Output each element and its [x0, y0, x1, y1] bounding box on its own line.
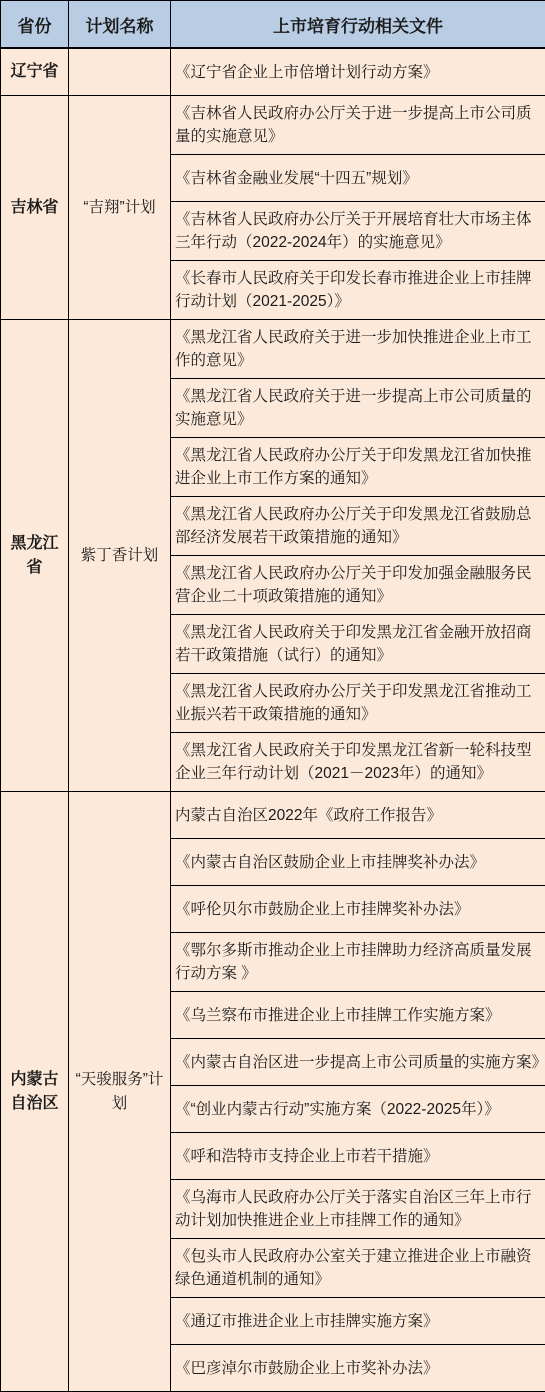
document-cell: 《黑龙江省人民政府办公厅关于印发黑龙江省鼓励总部经济发展若干政策措施的通知》	[171, 497, 545, 556]
policy-table-wrapper: 省份 计划名称 上市培育行动相关文件 辽宁省《辽宁省企业上市倍增计划行动方案》吉…	[0, 0, 545, 1392]
table-row: 吉林省“吉翔”计划《吉林省人民政府办公厅关于进一步提高上市公司质量的实施意见》	[1, 96, 545, 155]
document-cell: 《黑龙江省人民政府办公厅关于印发黑龙江省推动工业振兴若干政策措施的通知》	[171, 674, 545, 733]
document-cell: 《“创业内蒙古行动”实施方案（2022-2025年）》	[171, 1086, 545, 1133]
table-row: 黑龙江省紫丁香计划《黑龙江省人民政府关于进一步加快推进企业上市工作的意见》	[1, 320, 545, 379]
document-cell: 《吉林省金融业发展“十四五”规划》	[171, 155, 545, 202]
document-cell: 《包头市人民政府办公室关于建立推进企业上市融资绿色通道机制的通知》	[171, 1239, 545, 1298]
header-province: 省份	[1, 1, 69, 49]
header-documents: 上市培育行动相关文件	[171, 1, 545, 49]
document-cell: 《黑龙江省人民政府办公厅关于印发黑龙江省加快推进企业上市工作方案的通知》	[171, 438, 545, 497]
table-body: 辽宁省《辽宁省企业上市倍增计划行动方案》吉林省“吉翔”计划《吉林省人民政府办公厅…	[1, 48, 545, 1392]
document-cell: 《黑龙江省人民政府关于进一步加快推进企业上市工作的意见》	[171, 320, 545, 379]
document-cell: 《黑龙江省人民政府关于印发黑龙江省金融开放招商若干政策措施（试行）的通知》	[171, 615, 545, 674]
document-cell: 《黑龙江省人民政府关于印发黑龙江省新一轮科技型企业三年行动计划（2021－202…	[171, 733, 545, 792]
document-cell: 《鄂尔多斯市推动企业上市挂牌助力经济高质量发展行动方案 》	[171, 933, 545, 992]
document-cell: 《长春市人民政府关于印发长春市推进企业上市挂牌行动计划（2021-2025）》	[171, 261, 545, 320]
listing-cultivation-table: 省份 计划名称 上市培育行动相关文件 辽宁省《辽宁省企业上市倍增计划行动方案》吉…	[0, 0, 545, 1392]
document-cell: 《通辽市推进企业上市挂牌实施方案》	[171, 1298, 545, 1345]
document-cell: 《吉林省人民政府办公厅关于开展培育壮大市场主体三年行动（2022-2024年）的…	[171, 202, 545, 261]
plan-name-cell: “天骏服务”计划	[69, 792, 171, 1392]
document-cell: 内蒙古自治区2022年《政府工作报告》	[171, 792, 545, 839]
plan-name-cell: 紫丁香计划	[69, 320, 171, 792]
document-cell: 《辽宁省企业上市倍增计划行动方案》	[171, 48, 545, 96]
province-cell: 吉林省	[1, 96, 69, 320]
document-cell: 《黑龙江省人民政府办公厅关于印发加强金融服务民营企业二十项政策措施的通知》	[171, 556, 545, 615]
document-cell: 《乌兰察布市推进企业上市挂牌工作实施方案》	[171, 992, 545, 1039]
document-cell: 《黑龙江省人民政府关于进一步提高上市公司质量的实施意见》	[171, 379, 545, 438]
plan-name-cell: “吉翔”计划	[69, 96, 171, 320]
plan-name-cell	[69, 48, 171, 96]
document-cell: 《巴彦淖尔市鼓励企业上市奖补办法》	[171, 1345, 545, 1392]
table-row: 辽宁省《辽宁省企业上市倍增计划行动方案》	[1, 48, 545, 96]
province-cell: 黑龙江省	[1, 320, 69, 792]
province-cell: 辽宁省	[1, 48, 69, 96]
table-header: 省份 计划名称 上市培育行动相关文件	[1, 1, 545, 49]
document-cell: 《呼和浩特市支持企业上市若干措施》	[171, 1133, 545, 1180]
document-cell: 《内蒙古自治区鼓励企业上市挂牌奖补办法》	[171, 839, 545, 886]
table-row: 内蒙古自治区“天骏服务”计划内蒙古自治区2022年《政府工作报告》	[1, 792, 545, 839]
province-cell: 内蒙古自治区	[1, 792, 69, 1392]
header-plan-name: 计划名称	[69, 1, 171, 49]
document-cell: 《内蒙古自治区进一步提高上市公司质量的实施方案》	[171, 1039, 545, 1086]
document-cell: 《吉林省人民政府办公厅关于进一步提高上市公司质量的实施意见》	[171, 96, 545, 155]
document-cell: 《呼伦贝尔市鼓励企业上市挂牌奖补办法》	[171, 886, 545, 933]
document-cell: 《乌海市人民政府办公厅关于落实自治区三年上市行动计划加快推进企业上市挂牌工作的通…	[171, 1180, 545, 1239]
header-row: 省份 计划名称 上市培育行动相关文件	[1, 1, 545, 49]
